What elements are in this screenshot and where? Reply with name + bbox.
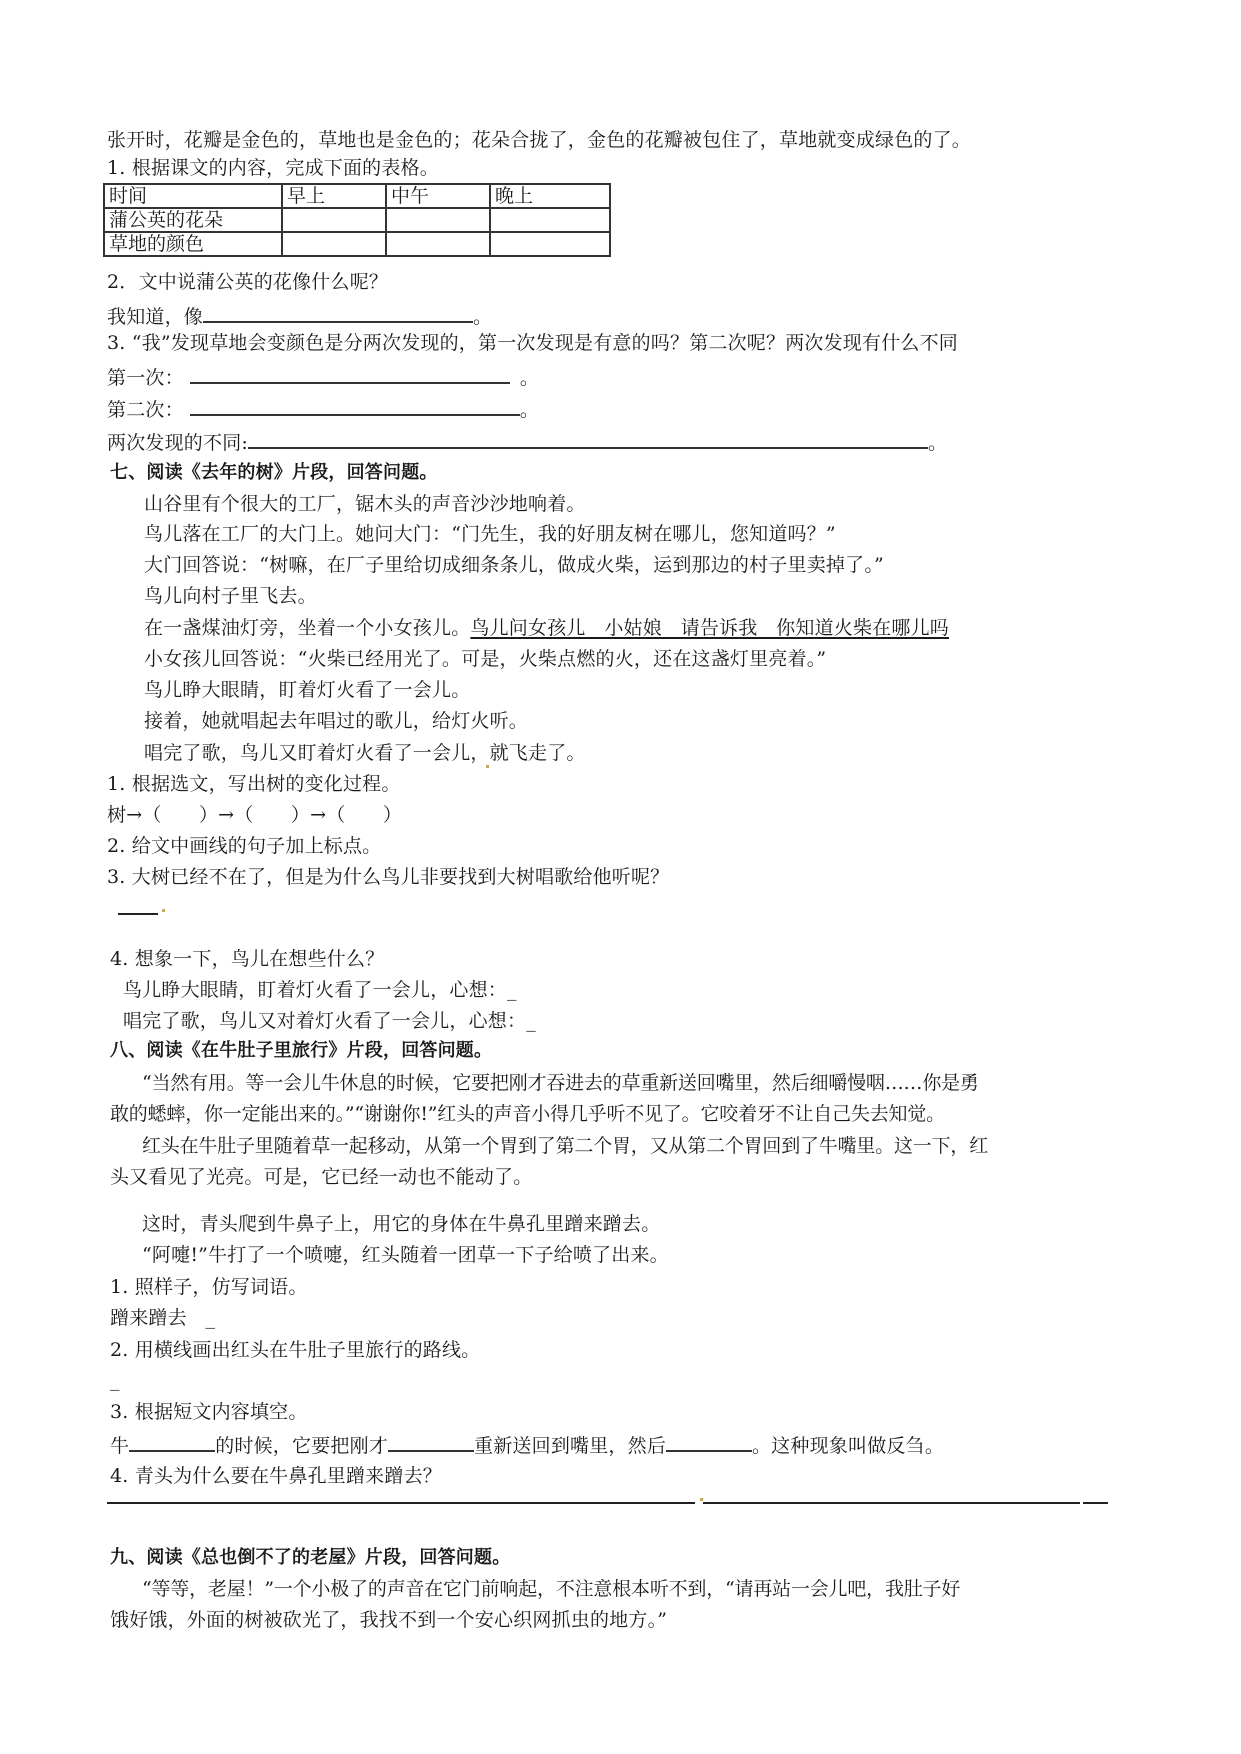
s8-q4-answer-line[interactable] xyxy=(1083,1502,1108,1504)
s6-q2-prefix: 我知道，像 xyxy=(107,306,203,328)
table-header-cell: 晚上 xyxy=(490,184,610,208)
table-cell-blank[interactable] xyxy=(490,208,610,232)
s6-q3-first-blank[interactable] xyxy=(190,364,510,384)
s7-paragraph: 唱完了歌，鸟儿又盯着灯火看了一会儿，就飞走了。 xyxy=(144,741,586,765)
s6-q3-second: 第二次：。 xyxy=(107,396,539,422)
s7-q4-line-b[interactable]: 唱完了歌，鸟儿又对着灯火看了一会儿，心想：_ xyxy=(123,1009,536,1033)
s8-paragraph: 这时，青头爬到牛鼻子上，用它的身体在牛鼻孔里蹭来蹭去。 xyxy=(142,1212,660,1236)
s7-question-4: 4. 想象一下，鸟儿在想些什么？ xyxy=(110,947,384,971)
s7-underlined-sentence: 鸟儿问女孩儿 小姑娘 请告诉我 你知道火柴在哪儿吗 xyxy=(470,617,949,639)
period: 。 xyxy=(928,432,947,454)
s8-paragraph: 头又看见了光亮。可是，它已经一动也不能动了。 xyxy=(110,1165,532,1189)
s8-q3-blank-2[interactable] xyxy=(388,1432,474,1452)
table-header-row: 时间 早上 中午 晚上 xyxy=(104,184,610,208)
s9-paragraph: 饿好饿，外面的树被砍光了，我找不到一个安心织网抓虫的地方。” xyxy=(110,1608,667,1632)
s7-q3-answer-blank[interactable] xyxy=(118,913,158,915)
table-cell-blank[interactable] xyxy=(386,232,490,256)
section-9-title: 九、阅读《总也倒不了的老屋》片段，回答问题。 xyxy=(110,1546,510,1570)
period: 。 xyxy=(473,306,492,328)
s7-question-2: 2. 给文中画线的句子加上标点。 xyxy=(107,834,381,858)
s7-paragraph: 山谷里有个很大的工厂，锯木头的声音沙沙地响着。 xyxy=(144,492,586,516)
s8-q3-part: 牛 xyxy=(110,1435,129,1457)
s6-q2-blank[interactable] xyxy=(203,303,473,323)
s7-paragraph: 大门回答说：“树嘛，在厂子里给切成细条条儿，做成火柴，运到那边的村子里卖掉了。” xyxy=(144,553,884,577)
table-header-cell: 时间 xyxy=(104,184,282,208)
table-row: 蒲公英的花朵 xyxy=(104,208,610,232)
s8-q3-blank-3[interactable] xyxy=(666,1432,752,1452)
s8-q3-fill: 牛的时候，它要把刚才重新送回到嘴里，然后。这种现象叫做反刍。 xyxy=(110,1432,944,1458)
s7-paragraph: 鸟儿向村子里飞去。 xyxy=(144,584,317,608)
s7-paragraph: 鸟儿睁大眼睛，盯着灯火看了一会儿。 xyxy=(144,678,470,702)
artifact-dot xyxy=(700,1498,703,1501)
s6-q3-second-blank[interactable] xyxy=(190,396,520,416)
s8-q3-part: 重新送回到嘴里，然后 xyxy=(474,1435,666,1457)
s6-question-2: 2．文中说蒲公英的花像什么呢？ xyxy=(107,270,388,294)
first-label: 第一次： xyxy=(107,367,184,389)
table-row-label: 蒲公英的花朵 xyxy=(104,208,282,232)
table-row: 草地的颜色 xyxy=(104,232,610,256)
s6-q3-first: 第一次：。 xyxy=(107,364,539,390)
s6-q2-answer-line: 我知道，像。 xyxy=(107,303,492,329)
section-7-title: 七、阅读《去年的树》片段，回答问题。 xyxy=(110,461,438,485)
s8-paragraph: 红头在牛肚子里随着草一起移动，从第一个胃到了第二个胃，又从第二个胃回到了牛嘴里。… xyxy=(142,1134,988,1158)
s9-paragraph: “等等，老屋！”一个小极了的声音在它门前响起，不注意根本听不到，“请再站一会儿吧… xyxy=(142,1577,960,1601)
section-8-title: 八、阅读《在牛肚子里旅行》片段，回答问题。 xyxy=(110,1039,492,1063)
s8-paragraph: 敢的蟋蟀，你一定能出来的。”“谢谢你!”红头的声音小得几乎听不见了。它咬着牙不让… xyxy=(110,1102,945,1126)
s7-paragraph: 小女孩儿回答说：“火柴已经用光了。可是，火柴点燃的火，还在这盏灯里亮着。” xyxy=(144,647,826,671)
s8-question-4: 4. 青头为什么要在牛鼻孔里蹭来蹭去？ xyxy=(110,1464,442,1488)
s6-question-3: 3. “我”发现草地会变颜色是分两次发现的，第一次发现是有意的吗？第二次呢？两次… xyxy=(107,331,958,355)
table-header-cell: 中午 xyxy=(386,184,490,208)
s8-q2-blank[interactable]: _ xyxy=(110,1368,120,1392)
s7-para5-plain: 在一盏煤油灯旁，坐着一个小女孩儿。 xyxy=(144,617,470,639)
period: 。 xyxy=(520,399,539,421)
s8-q4-answer-line[interactable] xyxy=(107,1502,695,1504)
s7-q1-chain[interactable]: 树→（ ）→（ ）→（ ） xyxy=(107,803,402,827)
s8-q3-part: 。这种现象叫做反刍。 xyxy=(752,1435,944,1457)
s7-paragraph: 鸟儿落在工厂的大门上。她问大门：“门先生，我的好朋友树在哪儿，您知道吗？” xyxy=(144,522,836,546)
second-label: 第二次： xyxy=(107,399,184,421)
table-cell-blank[interactable] xyxy=(386,208,490,232)
s8-paragraph: “当然有用。等一会儿牛休息的时候，它要把刚才吞进去的草重新送回嘴里，然后细嚼慢咽… xyxy=(142,1071,979,1095)
artifact-dot xyxy=(486,765,489,768)
s8-q4-answer-line[interactable] xyxy=(703,1502,1080,1504)
table-cell-blank[interactable] xyxy=(282,232,386,256)
s8-question-2: 2. 用横线画出红头在牛肚子里旅行的路线。 xyxy=(110,1338,480,1362)
period: 。 xyxy=(520,367,539,389)
artifact-dot xyxy=(162,909,165,912)
s7-paragraph-underlined: 在一盏煤油灯旁，坐着一个小女孩儿。鸟儿问女孩儿 小姑娘 请告诉我 你知道火柴在哪… xyxy=(144,616,949,640)
s7-paragraph: 接着，她就唱起去年唱过的歌儿，给灯火听。 xyxy=(144,709,528,733)
s8-question-3: 3. 根据短文内容填空。 xyxy=(110,1400,308,1424)
s7-question-1: 1. 根据选文，写出树的变化过程。 xyxy=(107,772,401,796)
s6-q3-diff-blank[interactable] xyxy=(248,429,928,449)
intro-line: 张开时，花瓣是金色的，草地也是金色的；花朵合拢了，金色的花瓣被包住了，草地就变成… xyxy=(107,128,971,152)
s8-paragraph: “阿嚏!”牛打了一个喷嚏，红头随着一团草一下子给喷了出来。 xyxy=(142,1243,669,1267)
table-header-cell: 早上 xyxy=(282,184,386,208)
s8-q1-example[interactable]: 蹭来蹭去 _ xyxy=(110,1306,215,1330)
s6-question-1: 1. 根据课文的内容，完成下面的表格。 xyxy=(107,156,439,180)
table-row-label: 草地的颜色 xyxy=(104,232,282,256)
s7-question-3: 3. 大树已经不在了，但是为什么鸟儿非要找到大树唱歌给他听呢？ xyxy=(107,865,669,889)
table-cell-blank[interactable] xyxy=(282,208,386,232)
s8-question-1: 1. 照样子，仿写词语。 xyxy=(110,1275,308,1299)
s8-q3-part: 的时候，它要把刚才 xyxy=(215,1435,388,1457)
s6-q3-diff: 两次发现的不同:。 xyxy=(107,429,947,455)
answer-table: 时间 早上 中午 晚上 蒲公英的花朵 草地的颜色 xyxy=(103,183,611,257)
s7-q4-line-a[interactable]: 鸟儿睁大眼睛，盯着灯火看了一会儿，心想：_ xyxy=(123,978,517,1002)
table-cell-blank[interactable] xyxy=(490,232,610,256)
diff-label: 两次发现的不同: xyxy=(107,432,248,454)
s8-q3-blank-1[interactable] xyxy=(129,1432,215,1452)
